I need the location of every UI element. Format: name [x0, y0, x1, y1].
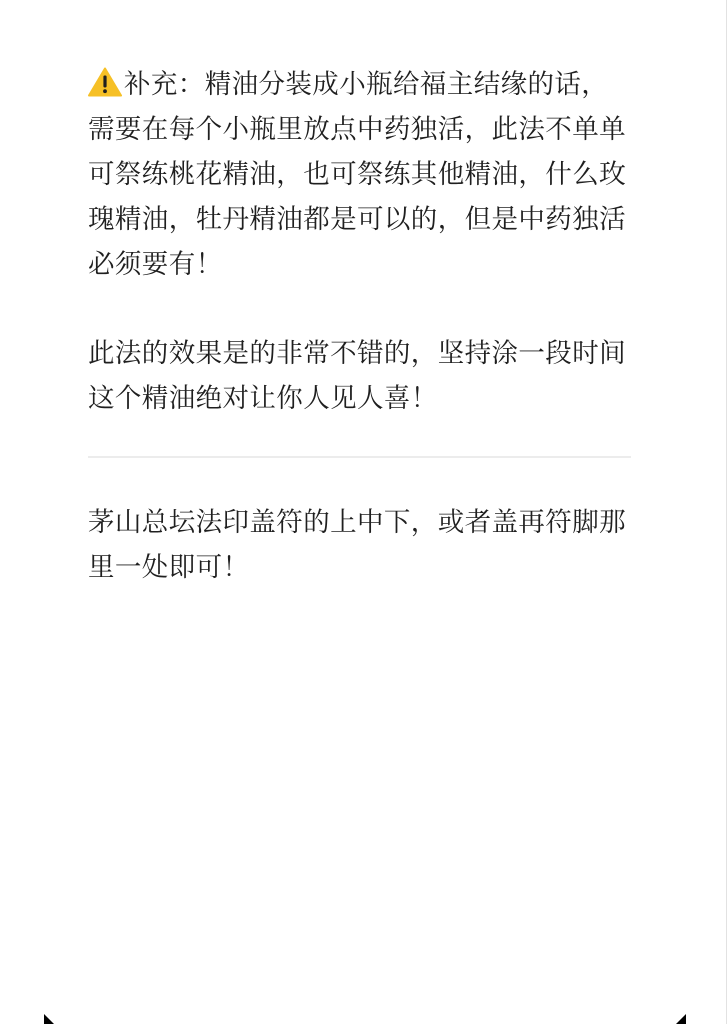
supplement-text: 补充：精油分装成小瓶给福主结缘的话，需要在每个小瓶里放点中药独活，此法不单单可祭…	[88, 69, 626, 280]
article-content: 补充：精油分装成小瓶给福主结缘的话，需要在每个小瓶里放点中药独活，此法不单单可祭…	[88, 62, 633, 590]
screen-corner-left	[44, 1014, 54, 1024]
seal-paragraph: 茅山总坛法印盖符的上中下，或者盖再符脚那里一处即可！	[88, 500, 633, 590]
warning-icon	[88, 66, 122, 96]
section-divider	[88, 456, 631, 458]
document-page: 补充：精油分装成小瓶给福主结缘的话，需要在每个小瓶里放点中药独活，此法不单单可祭…	[0, 0, 727, 1024]
screen-corner-right	[676, 1014, 686, 1024]
supplement-paragraph: 补充：精油分装成小瓶给福主结缘的话，需要在每个小瓶里放点中药独活，此法不单单可祭…	[88, 62, 633, 287]
effect-paragraph: 此法的效果是的非常不错的，坚持涂一段时间这个精油绝对让你人见人喜！	[88, 331, 633, 421]
